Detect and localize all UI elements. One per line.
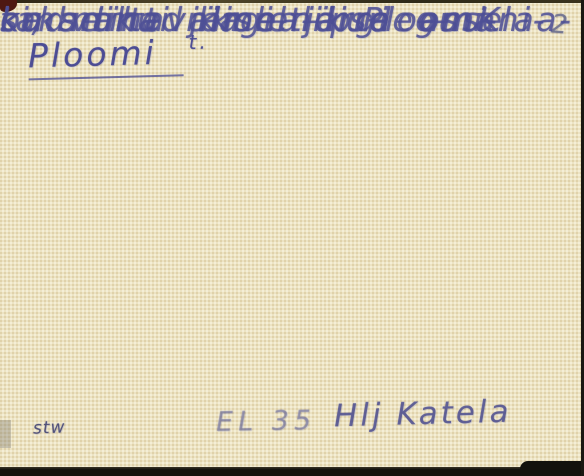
- scan-edge-bottom-right: [520, 461, 584, 476]
- handwritten-line-5: ku nime järgi — Ploomi: [0, 0, 488, 39]
- scan-left-smudge: [0, 420, 11, 448]
- scan-edge-bottom: [0, 467, 584, 476]
- parish-and-village-note: Hlj Katela: [334, 394, 512, 435]
- collector-initials: stw: [33, 417, 66, 438]
- faint-archive-stamp: EL 35: [216, 405, 317, 438]
- heading-place-name: Ploomi: [28, 32, 184, 80]
- scanned-index-card: 2 Ploomit. takse tavaliselt praeguse oma…: [0, 0, 584, 476]
